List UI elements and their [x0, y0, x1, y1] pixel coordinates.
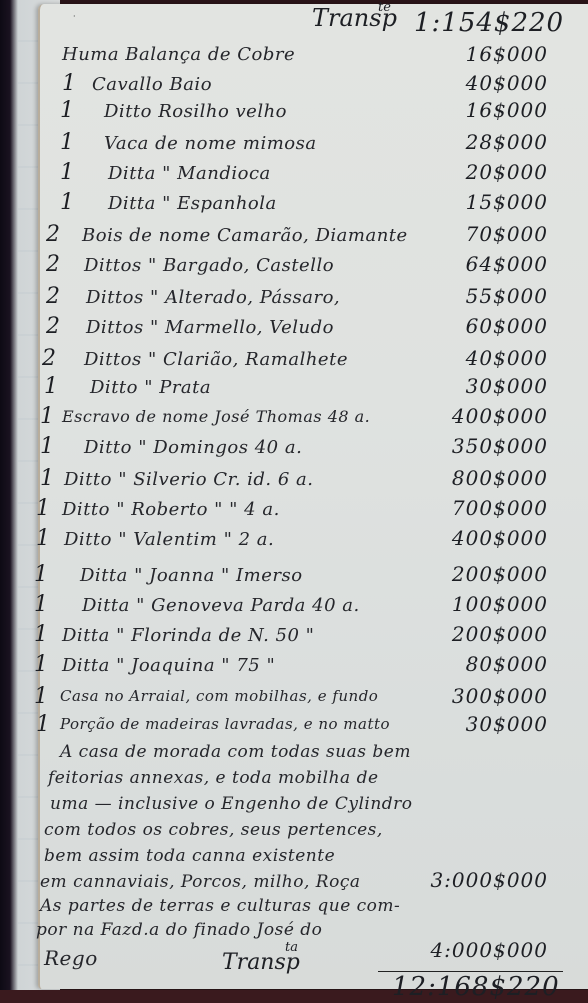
- entry-qty: 1: [60, 190, 74, 215]
- entry-amount: 70$000: [466, 222, 548, 246]
- ledger-row: 1 Ditta " Florinda de N. 50 " 200$000: [0, 622, 588, 656]
- entry-description: Ditta " Espanhola: [108, 193, 277, 214]
- entry-amount: 16$000: [466, 98, 548, 122]
- entry-description: Dittos " Alterado, Pássaro,: [86, 287, 340, 308]
- entry-amount: 400$000: [452, 526, 548, 550]
- ledger-row: 1 Porção de madeiras lavradas, e no matt…: [0, 712, 588, 746]
- ledger-row: 2 Dittos " Alterado, Pássaro, 55$000: [0, 284, 588, 318]
- entry-amount: 15$000: [466, 190, 548, 214]
- entry-description: Ditto " Prata: [90, 377, 211, 398]
- ledger-row: 1 Ditta " Joanna " Imerso 200$000: [0, 562, 588, 596]
- entry-amount: 400$000: [452, 404, 548, 428]
- entry-amount: 30$000: [466, 374, 548, 398]
- ledger-row: 1 Ditto " Valentim " 2 a. 400$000: [0, 526, 588, 560]
- paragraph-line: As partes de terras e culturas que com-: [40, 896, 400, 916]
- entry-amount: 700$000: [452, 496, 548, 520]
- entry-amount: 30$000: [466, 712, 548, 736]
- ledger-row: 1 Ditto " Roberto " " 4 a. 700$000: [0, 496, 588, 530]
- entry-description: Ditta " Genoveva Parda 40 a.: [82, 595, 360, 616]
- entry-qty: 1: [36, 712, 50, 737]
- entry-qty: 1: [62, 71, 76, 96]
- entry-qty: 1: [40, 434, 54, 459]
- entry-qty: 1: [34, 592, 48, 617]
- entry-description: Ditto " Silverio Cr. id. 6 a.: [64, 469, 314, 490]
- footer-amount: 12:168$220: [392, 972, 560, 1002]
- entry-description: Casa no Arraial, com mobilhas, e fundo: [60, 687, 378, 705]
- entry-qty: 2: [46, 252, 60, 277]
- paragraph-line: por na Fazd.a do finado José do: [36, 920, 322, 940]
- entry-qty: 2: [46, 222, 60, 247]
- entry-amount: 350$000: [452, 434, 548, 458]
- ledger-row: 1 Ditta " Mandioca 20$000: [0, 160, 588, 194]
- page-mark: ·: [73, 12, 76, 21]
- ledger-row: 1 Ditto Rosilho velho 16$000: [0, 98, 588, 132]
- entry-description: Ditto " Domingos 40 a.: [84, 437, 302, 458]
- ledger-row: 2 Bois de nome Camarão, Diamante 70$000: [0, 222, 588, 256]
- ledger-row: 1 Ditta " Joaquina " 75 " 80$000: [0, 652, 588, 686]
- entry-description: Vaca de nome mimosa: [104, 133, 317, 154]
- paragraph-line: em cannaviais, Porcos, milho, Roça: [40, 872, 361, 892]
- entry-qty: 1: [34, 684, 48, 709]
- entry-qty: 1: [40, 404, 54, 429]
- entry-description: Dittos " Marmello, Veludo: [86, 317, 334, 338]
- entry-amount: 200$000: [452, 562, 548, 586]
- entry-qty: 1: [60, 98, 74, 123]
- entry-amount: 100$000: [452, 592, 548, 616]
- entry-qty: 1: [36, 526, 50, 551]
- paragraph-line: uma — inclusive o Engenho de Cylindro: [50, 794, 413, 814]
- paragraph-amount-final: 4:000$000: [430, 938, 548, 962]
- header-label-superscript: te: [378, 0, 391, 15]
- entry-amount: 800$000: [452, 466, 548, 490]
- entry-qty: 2: [46, 284, 60, 309]
- paragraph-line: com todos os cobres, seus pertences,: [44, 820, 383, 840]
- header-amount: 1:154$220: [414, 8, 564, 38]
- entry-description: Ditta " Florinda de N. 50 ": [62, 625, 314, 646]
- entry-qty: 2: [46, 314, 60, 339]
- ledger-row: 1 Ditto " Silverio Cr. id. 6 a. 800$000: [0, 466, 588, 500]
- entry-amount: 40$000: [466, 71, 548, 95]
- entry-qty: 1: [44, 374, 58, 399]
- entry-qty: 1: [60, 160, 74, 185]
- entry-description: Bois de nome Camarão, Diamante: [82, 225, 408, 246]
- entry-qty: 1: [34, 562, 48, 587]
- entry-amount: 80$000: [466, 652, 548, 676]
- entry-amount: 60$000: [466, 314, 548, 338]
- entry-qty: 1: [34, 652, 48, 677]
- footer-label-superscript: ta: [285, 940, 298, 955]
- ledger-row: 1 Ditta " Genoveva Parda 40 a. 100$000: [0, 592, 588, 626]
- ledger-row: 2 Dittos " Bargado, Castello 64$000: [0, 252, 588, 286]
- entry-amount: 55$000: [466, 284, 548, 308]
- entry-description: Huma Balança de Cobre: [62, 44, 295, 65]
- entry-description: Dittos " Bargado, Castello: [84, 255, 334, 276]
- entry-amount: 40$000: [466, 346, 548, 370]
- paragraph-line: feitorias annexas, e toda mobilha de: [48, 768, 379, 788]
- entry-description: Ditto Rosilho velho: [104, 101, 287, 122]
- ledger-row: 1 Vaca de nome mimosa 28$000: [0, 130, 588, 164]
- entry-description: Escravo de nome José Thomas 48 a.: [62, 407, 370, 426]
- entry-description: Ditto " Valentim " 2 a.: [64, 529, 274, 550]
- entry-qty: 1: [40, 466, 54, 491]
- entry-amount: 200$000: [452, 622, 548, 646]
- paragraph-line: Rego: [44, 946, 98, 970]
- entry-amount: 20$000: [466, 160, 548, 184]
- entry-description: Ditto " Roberto " " 4 a.: [62, 499, 280, 520]
- entry-description: Porção de madeiras lavradas, e no matto: [60, 715, 390, 733]
- entry-qty: 1: [60, 130, 74, 155]
- paragraph-line: A casa de morada com todas suas bem: [60, 742, 411, 762]
- entry-description: Dittos " Clarião, Ramalhete: [84, 349, 348, 370]
- entry-amount: 28$000: [466, 130, 548, 154]
- entry-amount: 64$000: [466, 252, 548, 276]
- paragraph-amount: 3:000$000: [430, 868, 548, 892]
- ledger-row: 1 Escravo de nome José Thomas 48 a. 400$…: [0, 404, 588, 438]
- paragraph-line: bem assim toda canna existente: [44, 846, 335, 866]
- entry-description: Ditta " Mandioca: [108, 163, 271, 184]
- entry-description: Ditta " Joanna " Imerso: [80, 565, 303, 586]
- entry-amount: 16$000: [466, 42, 548, 66]
- entry-amount: 300$000: [452, 684, 548, 708]
- ledger-row: 1 Ditto " Domingos 40 a. 350$000: [0, 434, 588, 468]
- entry-qty: 2: [42, 346, 56, 371]
- entry-qty: 1: [36, 496, 50, 521]
- ledger-row: 1 Ditto " Prata 30$000: [0, 374, 588, 408]
- entry-description: Cavallo Baio: [92, 74, 212, 95]
- entry-description: Ditta " Joaquina " 75 ": [62, 655, 275, 676]
- ledger-row: 2 Dittos " Marmello, Veludo 60$000: [0, 314, 588, 348]
- ledger-row: 1 Ditta " Espanhola 15$000: [0, 190, 588, 224]
- entry-qty: 1: [34, 622, 48, 647]
